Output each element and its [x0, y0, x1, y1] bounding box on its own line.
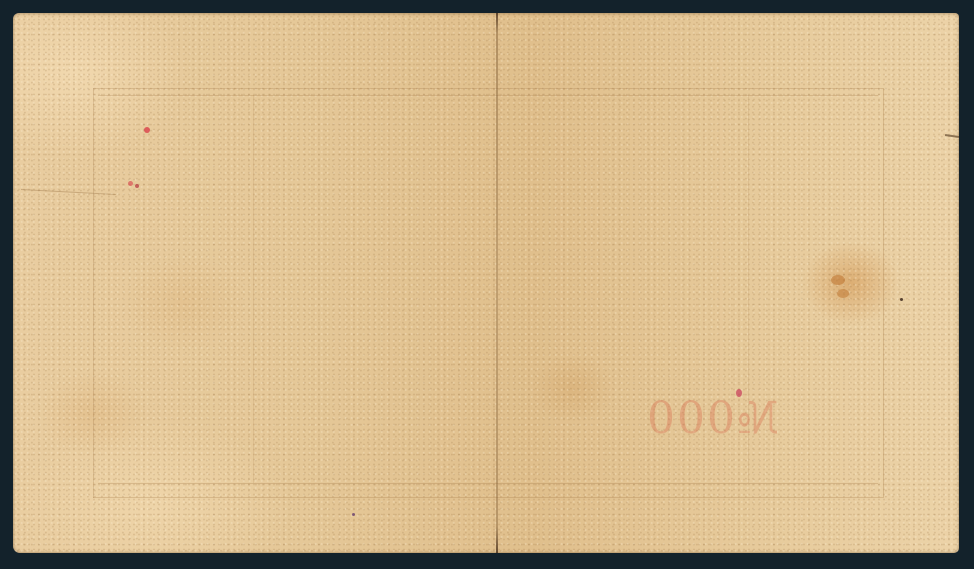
- frame-line-top-outer: [93, 88, 883, 89]
- rust-stain: [837, 289, 849, 298]
- red-ink-speck: [736, 389, 742, 397]
- banknote-back: №000: [13, 13, 959, 553]
- red-ink-speck: [144, 127, 150, 133]
- red-ink-speck: [135, 184, 139, 188]
- bleed-through-serial: №000: [645, 393, 779, 444]
- dark-speck: [900, 298, 903, 301]
- frame-line-right: [883, 88, 884, 498]
- center-fold: [496, 13, 498, 553]
- frame-line-top-inner: [98, 95, 878, 96]
- edge-tear: [945, 134, 959, 138]
- frame-line-bottom-outer: [93, 497, 883, 498]
- frame-line-inner-left: [253, 95, 254, 483]
- frame-line-bottom-inner: [98, 483, 878, 484]
- crease-left: [21, 189, 116, 195]
- purple-speck: [352, 513, 355, 516]
- frame-line-left: [93, 88, 94, 498]
- rust-stain: [831, 275, 845, 285]
- red-ink-speck: [128, 181, 133, 186]
